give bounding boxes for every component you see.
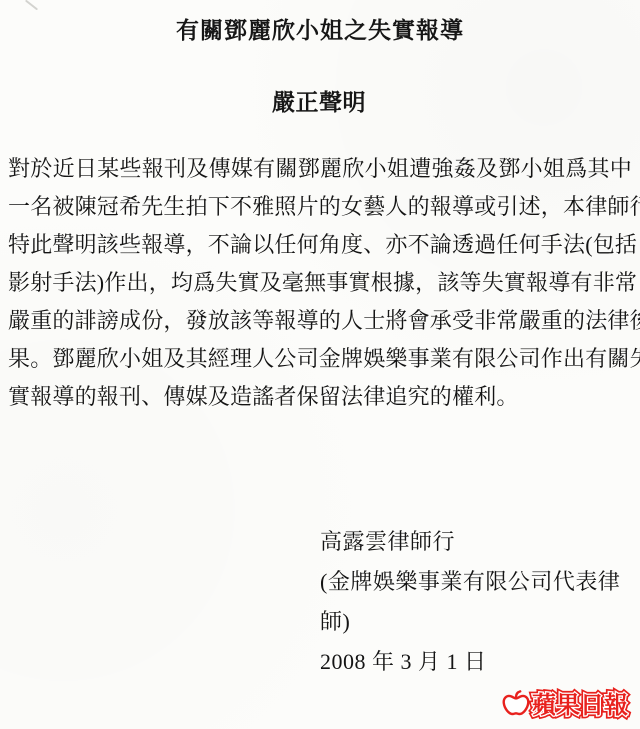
- body-line: 特此聲明該些報導，不論以任何角度、亦不論透過任何手法(包括: [8, 226, 632, 264]
- statement-date: 2008 年 3 月 1 日: [320, 642, 620, 682]
- apple-daily-watermark: 蘋果日報 蘋果日報 蘋果日報: [501, 689, 628, 723]
- signature-capacity-line-1: (金牌娛樂事業有限公司代表律: [320, 562, 620, 602]
- signature-block: 高露雲律師行 (金牌娛樂事業有限公司代表律 師) 2008 年 3 月 1 日: [320, 522, 620, 682]
- body-line: 實報導的報刊、傳媒及造謠者保留法律追究的權利。: [8, 378, 632, 416]
- apple-icon: [501, 689, 531, 723]
- body-line: 一名被陳冠希先生拍下不雅照片的女藝人的報導或引述，本律師行: [8, 188, 632, 226]
- signature-capacity-line-2: 師): [320, 602, 620, 642]
- body-line: 嚴重的誹謗成份，發放該等報導的人士將會承受非常嚴重的法律後: [8, 302, 632, 340]
- scan-pencil-mark: [25, 0, 38, 10]
- body-line: 影射手法)作出，均爲失實及毫無事實根據，該等失實報導有非常: [8, 264, 632, 302]
- logo-text-fill: 蘋果日報: [532, 692, 628, 719]
- publisher-logo-text: 蘋果日報 蘋果日報 蘋果日報: [532, 691, 628, 721]
- body-line: 果。鄧麗欣小姐及其經理人公司金牌娛樂事業有限公司作出有關失: [8, 340, 632, 378]
- statement-body: 對於近日某些報刊及傳媒有關鄧麗欣小姐遭強姦及鄧小姐爲其中 一名被陳冠希先生拍下不…: [8, 150, 632, 416]
- document-title: 有關鄧麗欣小姐之失實報導: [0, 12, 640, 45]
- body-line: 對於近日某些報刊及傳媒有關鄧麗欣小姐遭強姦及鄧小姐爲其中: [8, 150, 632, 188]
- statement-heading: 嚴正聲明: [272, 84, 366, 117]
- law-firm-name: 高露雲律師行: [320, 522, 620, 562]
